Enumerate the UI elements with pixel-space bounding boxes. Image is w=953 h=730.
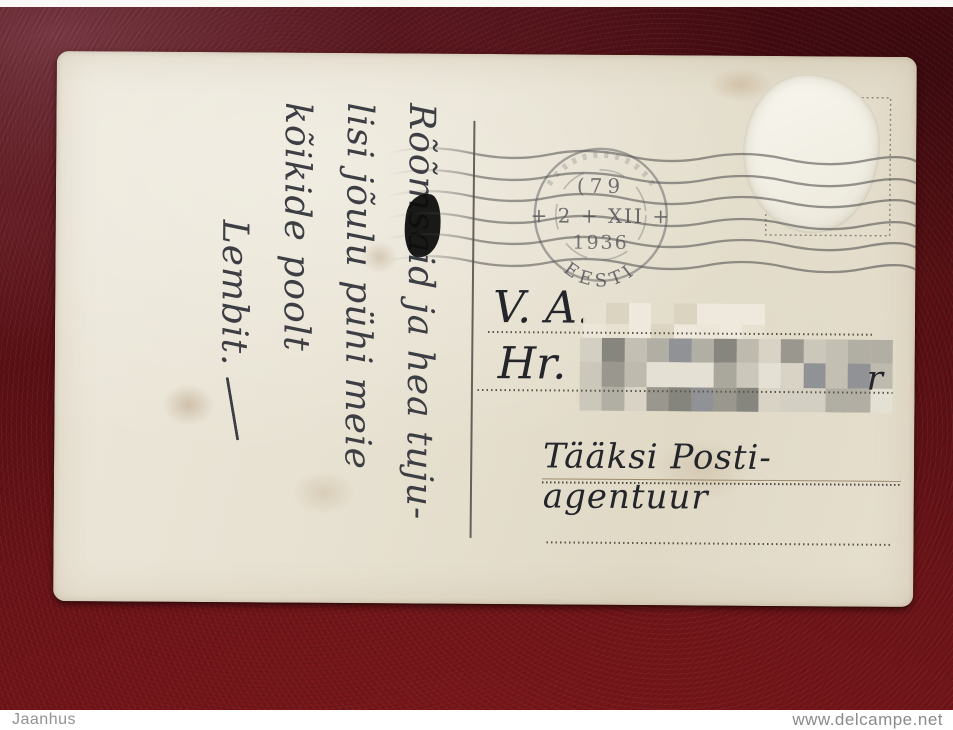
redaction-pixelated-line2 (579, 338, 893, 413)
photo-bottom-border: Jaanhus www.delcampe.net (0, 710, 953, 730)
watermark-seller: Jaanhus (12, 711, 76, 729)
postmark-svg: (79 + 2 + XII + 1936 EESTI (53, 51, 917, 607)
address-line3-destination: Tääksi Posti-agentuur (543, 436, 915, 519)
postmark-year: 1936 (572, 232, 629, 254)
photo-of-postcard: Rõõmsaid ja hea tuju- lisi jõulu pühi me… (0, 0, 953, 730)
address-line1-prefix: V. A. (493, 282, 591, 334)
card-divider-line (471, 121, 475, 538)
postmark-date: + 2 + XII + (530, 203, 671, 228)
address-line2-prefix: Hr. (498, 338, 567, 389)
postcard-back: Rõõmsaid ja hea tuju- lisi jõulu pühi me… (53, 51, 917, 607)
postmark-code: (79 (577, 174, 625, 198)
postmark-circle-stamp: (79 + 2 + XII + 1936 EESTI (530, 148, 671, 292)
watermark-site: www.delcampe.net (792, 710, 943, 730)
photo-top-border (0, 0, 953, 7)
